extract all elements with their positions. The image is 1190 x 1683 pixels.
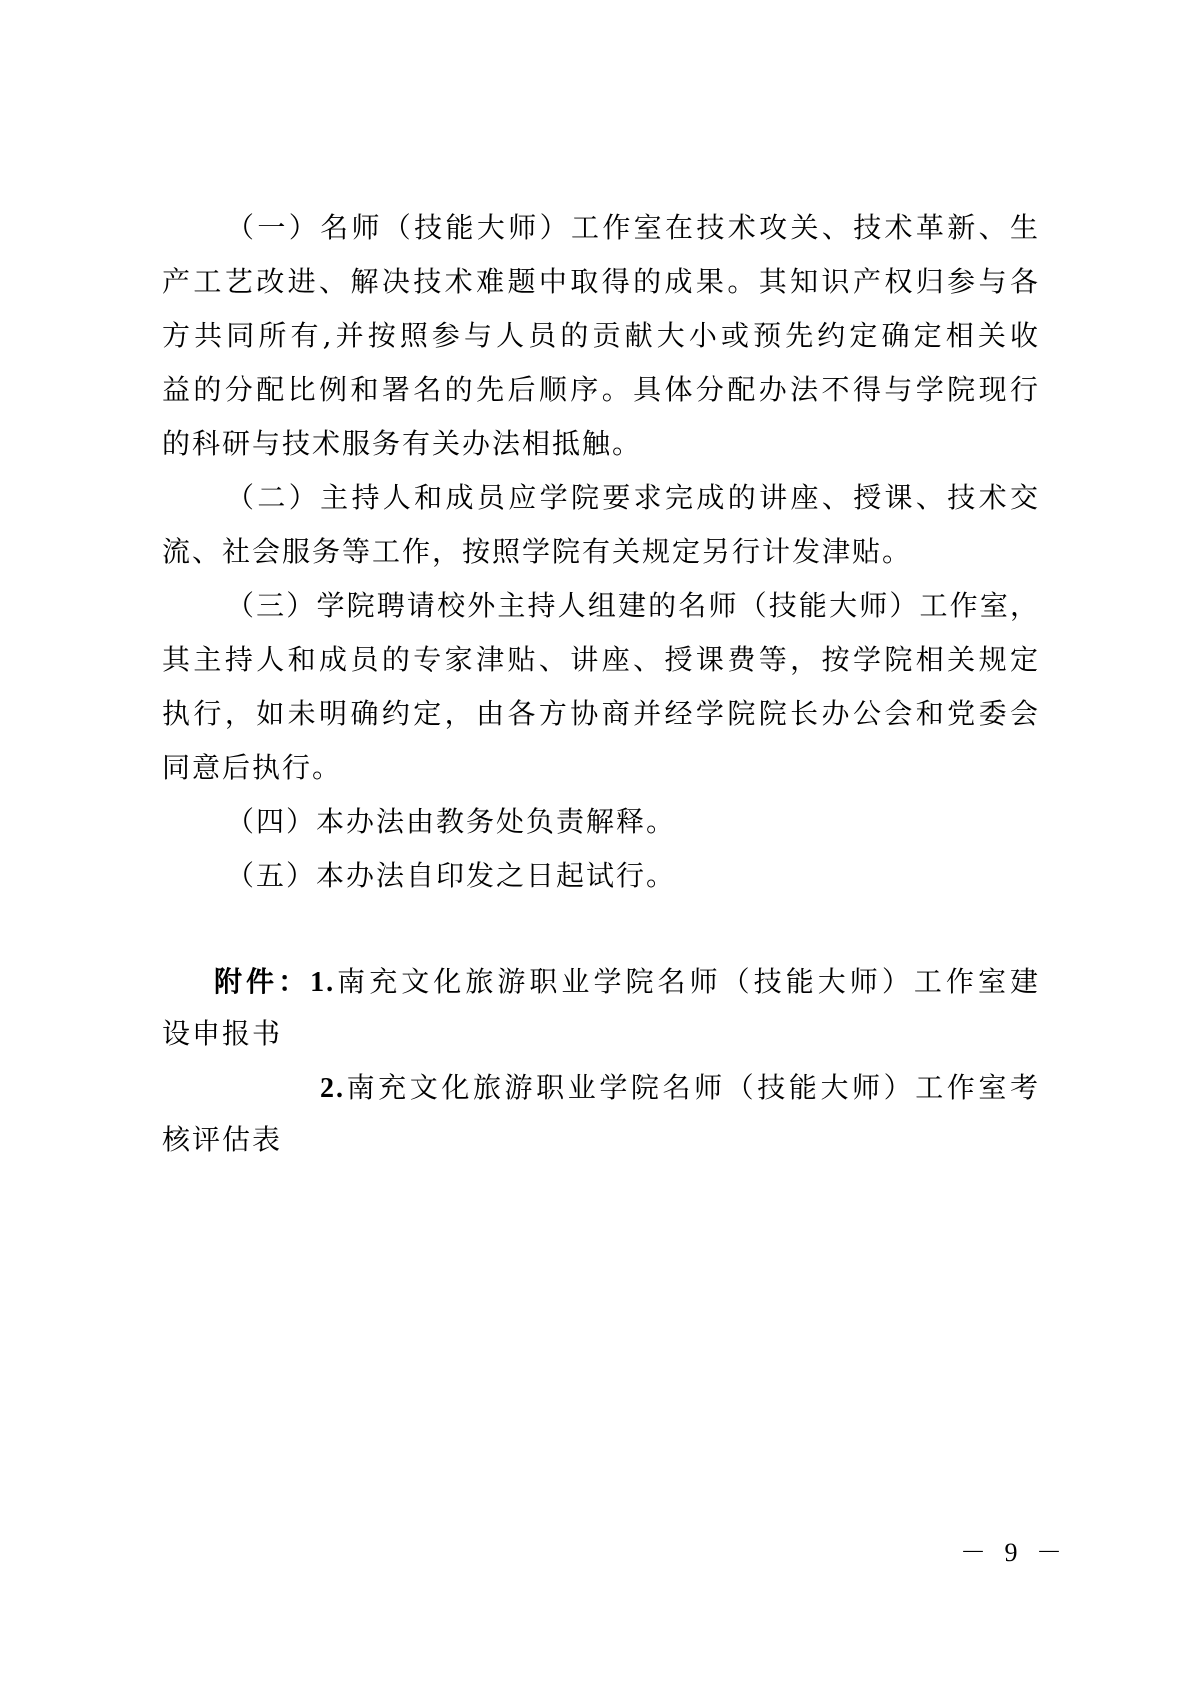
- paragraph-item-2-line-2: 流、社会服务等工作，按照学院有关规定另行计发津贴。: [162, 532, 1040, 572]
- attachment-2-line-2: 核评估表: [162, 1120, 1040, 1160]
- paragraph-item-3-line-2: 其主持人和成员的专家津贴、讲座、授课费等，按学院相关规定: [162, 640, 1040, 680]
- attachments-label: 附件：: [214, 965, 310, 998]
- page-number: － 9 －: [960, 1538, 1068, 1568]
- document-page: （一）名师（技能大师）工作室在技术攻关、技术革新、生 产工艺改进、解决技术难题中…: [0, 0, 1190, 1683]
- paragraph-item-1-line-1: （一）名师（技能大师）工作室在技术攻关、技术革新、生: [226, 208, 1040, 248]
- paragraph-item-3-line-3: 执行，如未明确约定，由各方协商并经学院院长办公会和党委会: [162, 694, 1040, 734]
- attachment-2-number: 2.: [320, 1073, 345, 1104]
- attachment-2-title: 南充文化旅游职业学院名师（技能大师）工作室考: [345, 1071, 1040, 1104]
- paragraph-item-1-line-2: 产工艺改进、解决技术难题中取得的成果。其知识产权归参与各: [162, 262, 1040, 302]
- paragraph-item-1-line-5: 的科研与技术服务有关办法相抵触。: [162, 424, 1040, 464]
- attachment-1-number: 1.: [310, 967, 335, 998]
- paragraph-item-1-line-4: 益的分配比例和署名的先后顺序。具体分配办法不得与学院现行: [162, 370, 1040, 410]
- paragraph-item-2-line-1: （二）主持人和成员应学院要求完成的讲座、授课、技术交: [226, 478, 1040, 518]
- attachment-2-line-1: 2.南充文化旅游职业学院名师（技能大师）工作室考: [320, 1068, 1040, 1108]
- paragraph-item-1-line-3: 方共同所有,并按照参与人员的贡献大小或预先约定确定相关收: [162, 316, 1040, 356]
- paragraph-item-3-line-4: 同意后执行。: [162, 748, 1040, 788]
- attachment-1-line-2: 设申报书: [162, 1014, 1040, 1054]
- paragraph-item-5: （五）本办法自印发之日起试行。: [226, 856, 1040, 896]
- attachment-1-line-1: 附件：1.南充文化旅游职业学院名师（技能大师）工作室建: [214, 962, 1040, 1002]
- paragraph-item-3-line-1: （三）学院聘请校外主持人组建的名师（技能大师）工作室，: [226, 586, 1040, 626]
- attachment-1-title: 南充文化旅游职业学院名师（技能大师）工作室建: [335, 965, 1040, 998]
- paragraph-item-4: （四）本办法由教务处负责解释。: [226, 802, 1040, 842]
